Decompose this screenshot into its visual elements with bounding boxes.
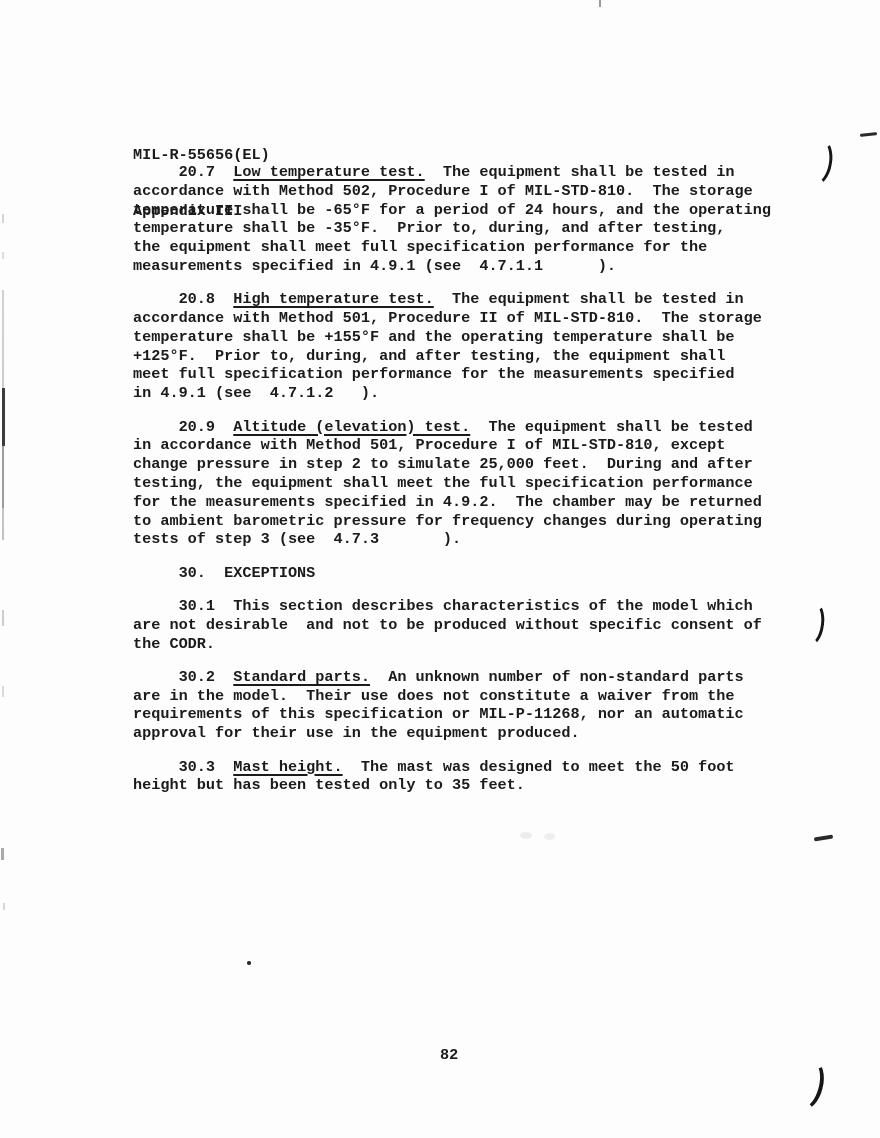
text-line: accordance with Method 501, Procedure II… xyxy=(133,309,771,328)
body-text: tests of step 3 (see 4.7.3 ). xyxy=(133,530,461,548)
body-text: are in the model. Their use does not con… xyxy=(133,687,735,705)
text-line: temperature shall be +155°F and the oper… xyxy=(133,328,771,347)
body-text: requirements of this specification or MI… xyxy=(133,705,744,723)
scan-edge-line-left-mid xyxy=(2,446,4,508)
text-line: 20.8 High temperature test. The equipmen… xyxy=(133,290,771,309)
body-text: approval for their use in the equipment … xyxy=(133,724,580,742)
para-30-3: 30.3 Mast height. The mast was designed … xyxy=(133,758,771,796)
body-text: testing, the equipment shall meet the fu… xyxy=(133,474,753,492)
text-line: change pressure in step 2 to simulate 25… xyxy=(133,455,771,474)
body-text: to ambient barometric pressure for frequ… xyxy=(133,512,762,530)
scan-mark-paren-bottom-right xyxy=(789,1057,828,1112)
scan-ink-dot xyxy=(247,961,251,965)
scan-smudge xyxy=(544,833,555,840)
body-text: temperature shall be -35°F. Prior to, du… xyxy=(133,219,725,237)
text-line: in 4.9.1 (see 4.7.1.2 ). xyxy=(133,384,771,403)
text-line: +125°F. Prior to, during, and after test… xyxy=(133,347,771,366)
scanned-document-page: MIL-R-55656(EL) Appendix III 20.7 Low te… xyxy=(0,0,880,1138)
text-line: meet full specification performance for … xyxy=(133,365,771,384)
underlined-heading-text: Standard parts. xyxy=(233,668,370,686)
body-text: the equipment shall meet full specificat… xyxy=(133,238,707,256)
text-line: the CODR. xyxy=(133,635,771,654)
para-20-9: 20.9 Altitude (elevation) test. The equi… xyxy=(133,418,771,550)
body-text: 20.7 xyxy=(133,163,233,181)
body-text: 20.8 xyxy=(133,290,233,308)
scan-mark-dash-right xyxy=(814,835,833,842)
body-text: +125°F. Prior to, during, and after test… xyxy=(133,347,725,365)
text-line: are not desirable and not to be produced… xyxy=(133,616,771,635)
text-line: tests of step 3 (see 4.7.3 ). xyxy=(133,530,771,549)
text-line: height but has been tested only to 35 fe… xyxy=(133,776,771,795)
scan-edge-tick xyxy=(2,686,4,697)
body-text: measurements specified in 4.9.1 (see 4.7… xyxy=(133,257,616,275)
underlined-heading-text: Altitude (elevation) test. xyxy=(233,418,470,436)
text-line: to ambient barometric pressure for frequ… xyxy=(133,512,771,531)
text-line: 20.9 Altitude (elevation) test. The equi… xyxy=(133,418,771,437)
body-text: 30.3 xyxy=(133,758,233,776)
scan-edge-tick xyxy=(2,252,4,259)
underlined-heading-text: Mast height. xyxy=(233,758,342,776)
body-text: An unknown number of non-standard parts xyxy=(370,668,744,686)
spec-number: MIL-R-55656(EL) xyxy=(133,146,270,165)
text-line: the equipment shall meet full specificat… xyxy=(133,238,771,257)
body-text: 20.9 xyxy=(133,418,233,436)
body-text: change pressure in step 2 to simulate 25… xyxy=(133,455,753,473)
text-line: 20.7 Low temperature test. The equipment… xyxy=(133,163,771,182)
body-text: 30.1 This section describes characterist… xyxy=(133,597,753,615)
text-line: are in the model. Their use does not con… xyxy=(133,687,771,706)
para-30-2: 30.2 Standard parts. An unknown number o… xyxy=(133,668,771,743)
scan-edge-tick xyxy=(2,214,4,223)
body-text: accordance with Method 502, Procedure I … xyxy=(133,182,753,200)
body-text: accordance with Method 501, Procedure II… xyxy=(133,309,762,327)
para-20-8: 20.8 High temperature test. The equipmen… xyxy=(133,290,771,403)
text-line: 30.2 Standard parts. An unknown number o… xyxy=(133,668,771,687)
text-line: measurements specified in 4.9.1 (see 4.7… xyxy=(133,257,771,276)
body-text: height but has been tested only to 35 fe… xyxy=(133,776,525,794)
underlined-heading-text: Low temperature test. xyxy=(233,163,424,181)
text-line: in accordance with Method 501, Procedure… xyxy=(133,436,771,455)
para-20-7: 20.7 Low temperature test. The equipment… xyxy=(133,163,771,276)
body-text: are not desirable and not to be produced… xyxy=(133,616,762,634)
scan-edge-tick xyxy=(1,848,4,860)
body-text: temperature shall be +155°F and the oper… xyxy=(133,328,735,346)
scan-mark-dash-top-right xyxy=(860,132,877,137)
scan-mark-paren-top-right xyxy=(800,136,836,188)
body-text: temperature shall be -65°F for a period … xyxy=(133,201,771,219)
body-text: 30. EXCEPTIONS xyxy=(133,564,315,582)
body-text: The mast was designed to meet the 50 foo… xyxy=(343,758,735,776)
heading-30-exceptions: 30. EXCEPTIONS xyxy=(133,564,771,583)
text-line: temperature shall be -35°F. Prior to, du… xyxy=(133,219,771,238)
scan-mark-tick-top xyxy=(599,0,601,7)
text-line: approval for their use in the equipment … xyxy=(133,724,771,743)
para-30-1: 30.1 This section describes characterist… xyxy=(133,597,771,653)
body-text: 30.2 xyxy=(133,668,233,686)
scan-edge-tick xyxy=(3,903,5,910)
text-line: 30. EXCEPTIONS xyxy=(133,564,771,583)
scan-edge-tick xyxy=(2,610,4,626)
document-body: 20.7 Low temperature test. The equipment… xyxy=(133,163,771,810)
body-text: the CODR. xyxy=(133,635,215,653)
text-line: accordance with Method 502, Procedure I … xyxy=(133,182,771,201)
text-line: for the measurements specified in 4.9.2.… xyxy=(133,493,771,512)
text-line: 30.1 This section describes characterist… xyxy=(133,597,771,616)
text-line: requirements of this specification or MI… xyxy=(133,705,771,724)
page-number: 82 xyxy=(440,1046,458,1065)
text-line: temperature shall be -65°F for a period … xyxy=(133,201,771,220)
body-text: in 4.9.1 (see 4.7.1.2 ). xyxy=(133,384,379,402)
text-line: 30.3 Mast height. The mast was designed … xyxy=(133,758,771,777)
text-line: testing, the equipment shall meet the fu… xyxy=(133,474,771,493)
scan-edge-line-left-dark xyxy=(2,388,5,446)
underlined-heading-text: High temperature test. xyxy=(233,290,434,308)
body-text: The equipment shall be tested in xyxy=(425,163,735,181)
body-text: in accordance with Method 501, Procedure… xyxy=(133,436,725,454)
scan-smudge xyxy=(520,832,532,839)
scan-mark-paren-middle-right xyxy=(798,601,827,648)
body-text: The equipment shall be tested xyxy=(470,418,753,436)
body-text: for the measurements specified in 4.9.2.… xyxy=(133,493,762,511)
body-text: The equipment shall be tested in xyxy=(434,290,744,308)
body-text: meet full specification performance for … xyxy=(133,365,735,383)
